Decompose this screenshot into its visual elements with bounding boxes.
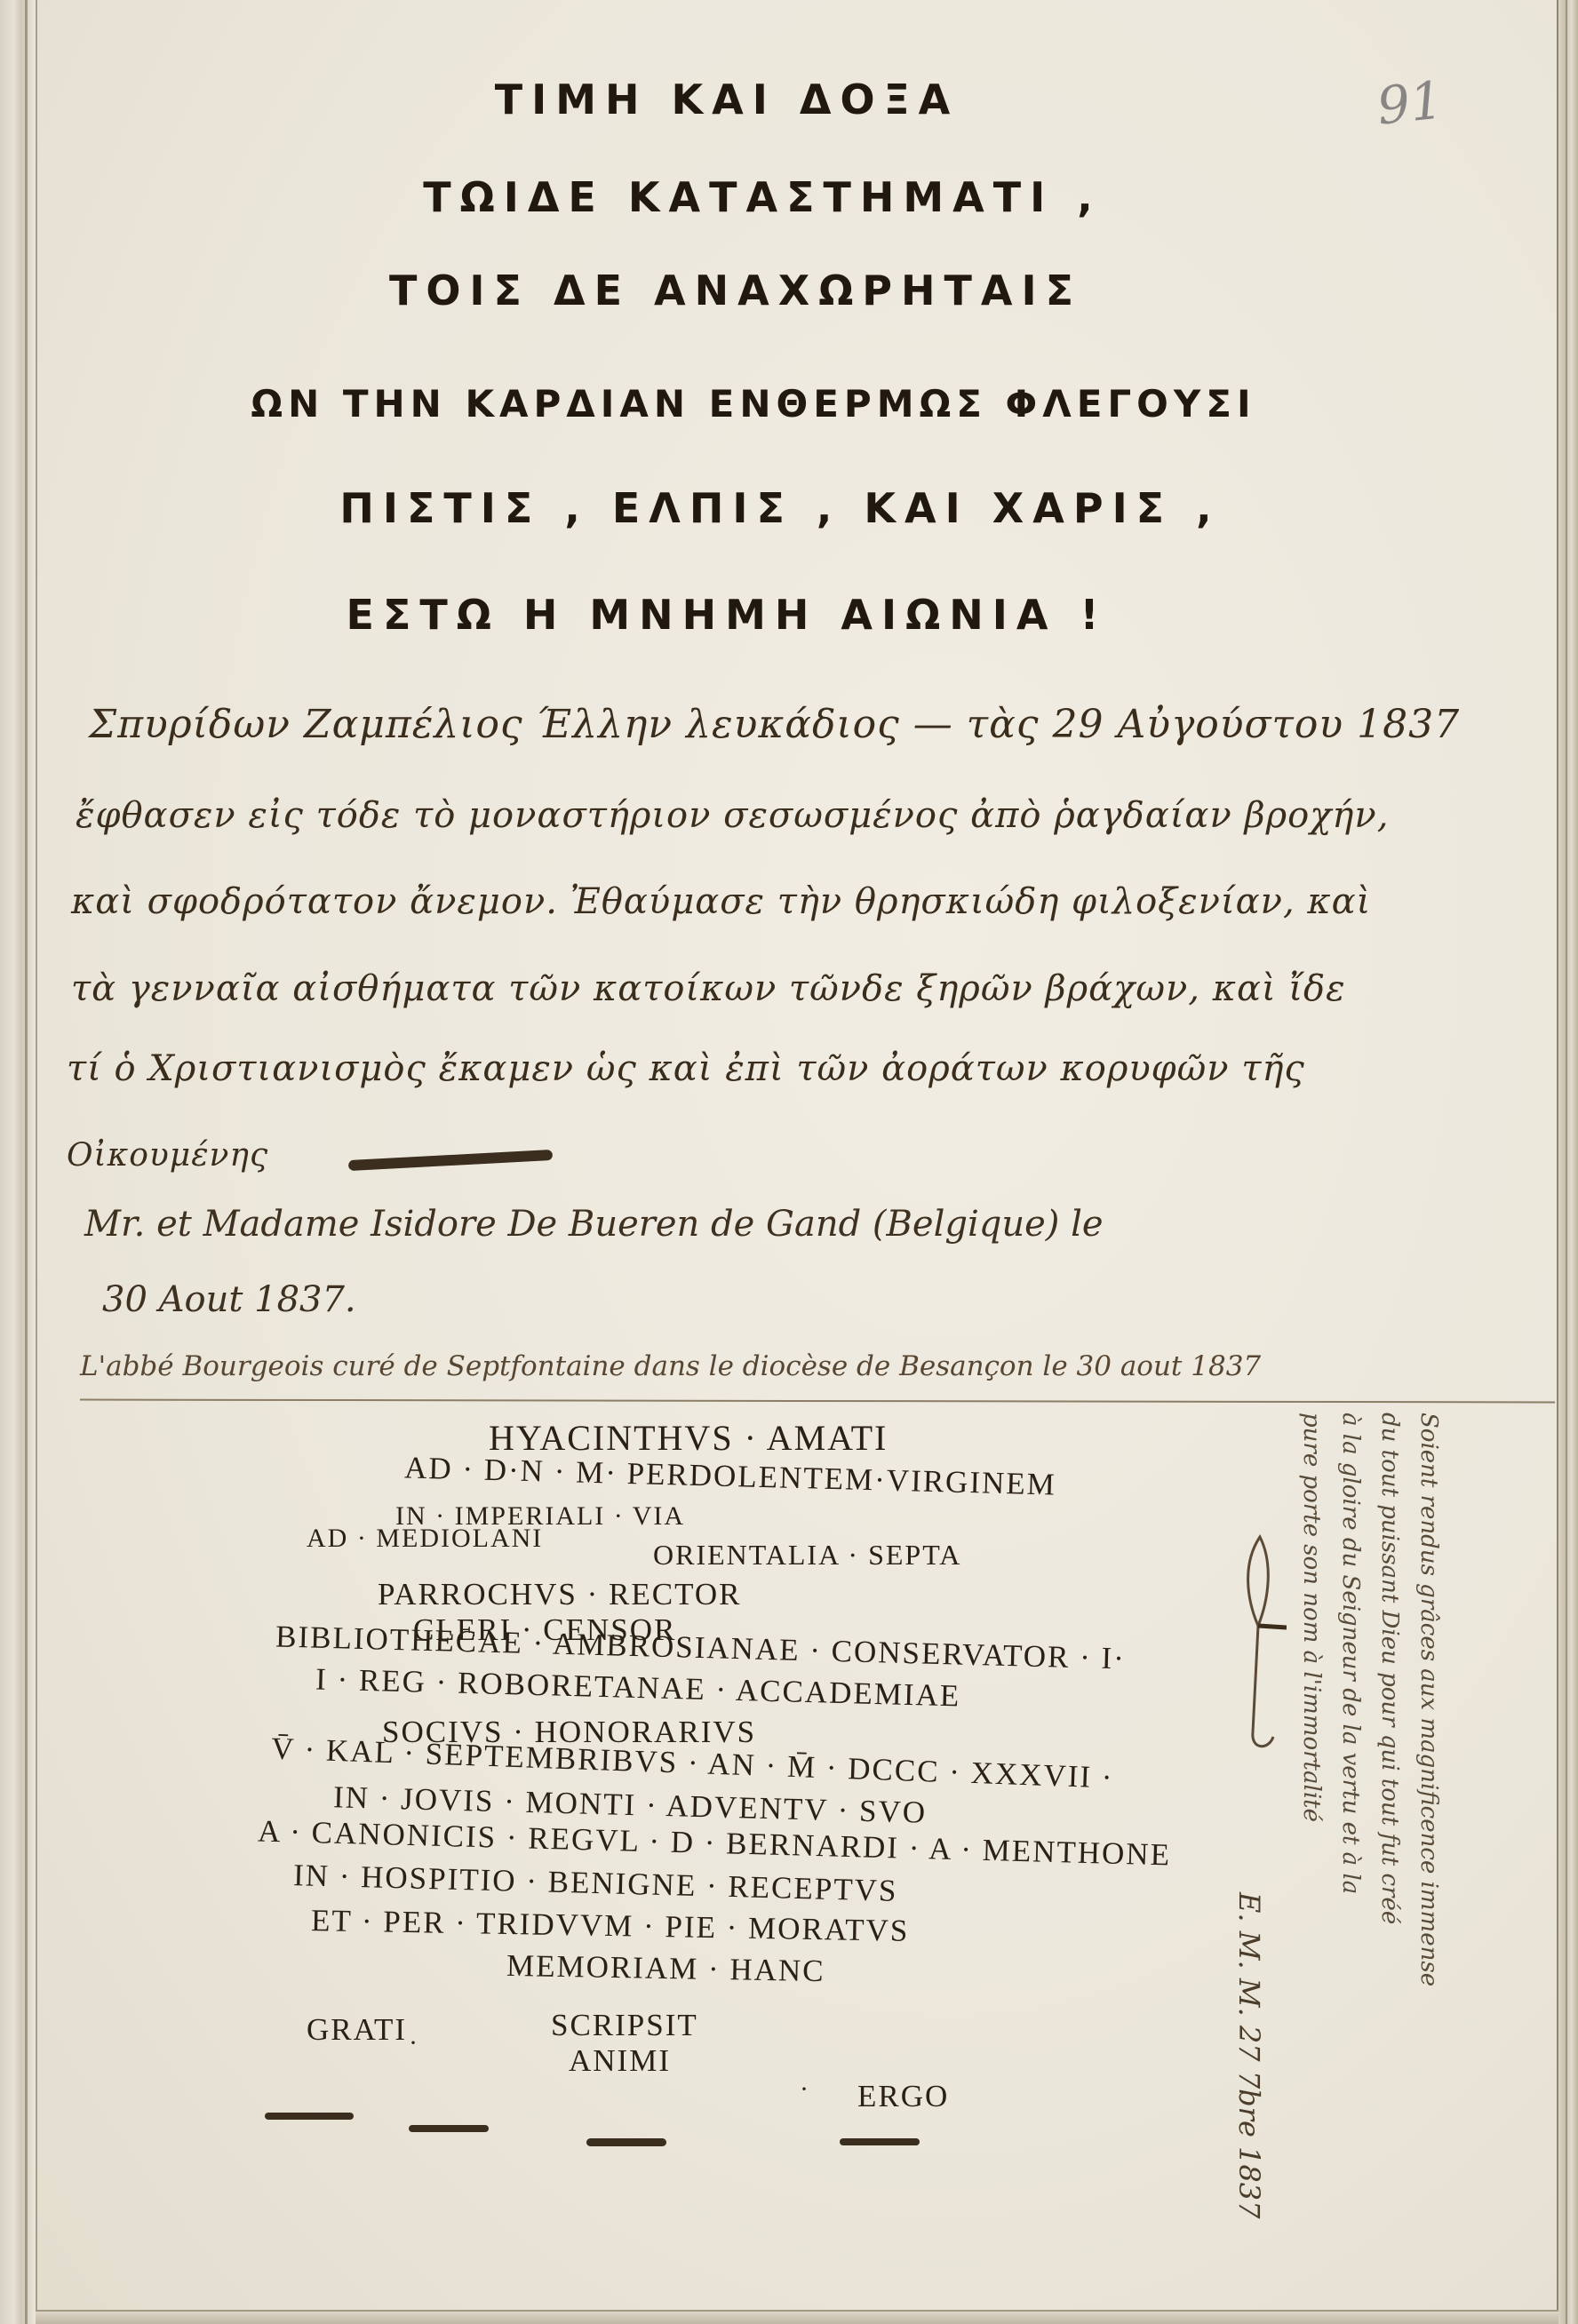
latin-sep-dot-1: · [409,2028,419,2058]
ink-flourish-icon [1233,1528,1287,1759]
greek-inscription-line-1: ΤΙΜΗ ΚΑΙ ΔΟΞΑ [0,76,1516,123]
latin-line-1: HYACINTHVS · AMATI [489,1417,888,1459]
latin-line-15: ET · PER · TRIDVVM · PIE · MORATVS [311,1903,910,1949]
vertical-margin-note: Soient rendus grâces aux magnificence im… [1315,1413,1448,2265]
latin-line-2: AD · D·N · M· PERDOLENTEM·VIRGINEM [404,1450,1057,1502]
latin-line-6: PARROCHVS · RECTOR [378,1577,741,1612]
latin-line-20: ERGO [857,2079,949,2114]
greek-inscription-line-4: ΩΝ ΤΗΝ ΚΑΡΔΙΑΝ ΕΝΘΕΡΜΩΣ ΦΛΕΓΟΥΣΙ [0,382,1542,426]
greek-entry-line-2: ἔφθασεν εἰς τόδε τὸ μοναστήριον σεσωσμέν… [76,795,1389,836]
manuscript-page: 91 ΤΙΜΗ ΚΑΙ ΔΟΞΑ ΤΩΙΔΕ ΚΑΤΑΣΤΗΜΑΤΙ , ΤΟΙ… [0,0,1578,2324]
margin-note-line-3: à la gloire du Seigneur de la vertu et à… [1331,1413,1370,2265]
ink-underline-grati [265,2113,354,2120]
latin-line-18: GRATI [307,2012,407,2048]
page-right-edge [1557,0,1578,2324]
greek-entry-line-4: τὰ γενναῖα αἰσθήματα τῶν κατοίκων τῶνδε … [71,968,1346,1009]
latin-line-19: ANIMI [569,2043,671,2079]
page-binding-gutter [0,0,37,2324]
greek-inscription-line-6: ΕΣΤΩ Η ΜΝΗΜΗ ΑΙΩΝΙΑ ! [0,591,1516,639]
ink-underline-animi [586,2138,666,2146]
latin-line-17: SCRIPSIT [551,2008,698,2043]
margin-note-line-1: Soient rendus grâces aux magnificence im… [1409,1413,1448,2265]
ink-underline-ergo [840,2138,920,2145]
latin-line-4: AD · MEDIOLANI [307,1524,543,1554]
greek-entry-line-6: Οἰκουμένης [67,1137,268,1174]
greek-entry-line-3: καὶ σφοδρότατον ἄνεμον. Ἐθαύμασε τὴν θρη… [71,881,1371,922]
french-entry-line-2: 30 Aout 1837. [102,1279,356,1320]
margin-note-line-4: pure porte son nom à l'immortalité [1292,1413,1331,2265]
page-bottom-edge [36,2310,1558,2324]
greek-inscription-line-2: ΤΩΙΔΕ ΚΑΤΑΣΤΗΜΑΤΙ , [0,173,1551,221]
horizontal-rule [80,1399,1555,1404]
greek-inscription-line-5: ΠΙΣΤΙΣ , ΕΛΠΙΣ , ΚΑΙ ΧΑΡΙΣ , [0,484,1569,532]
latin-sep-dot-2: · [800,2074,810,2105]
french-entry-line-1: Mr. et Madame Isidore De Bueren de Gand … [84,1204,1104,1245]
greek-entry-line-1: Σπυρίδων Ζαμπέλιος Έλλην λευκάδιος — τὰς… [89,702,1460,747]
latin-line-14: IN · HOSPITIO · BENIGNE · RECEPTVS [293,1858,898,1909]
gutter-crease [25,0,28,2324]
margin-note-line-2: du tout puissant Dieu pour qui tout fut … [1370,1413,1409,2265]
ink-dash-stroke [348,1150,553,1171]
latin-line-16: MEMORIAM · HANC [506,1948,825,1989]
ink-underline-left [409,2125,489,2132]
latin-line-5: ORIENTALIA · SEPTA [653,1539,961,1572]
margin-note-signature: E. M. M. 27 7bre 1837 [1232,1892,1266,2319]
greek-inscription-line-3: ΤΟΙΣ ΔΕ ΑΝΑΧΩΡΗΤΑΙΣ [0,267,1525,314]
abbe-entry: L'abbé Bourgeois curé de Septfontaine da… [80,1350,1261,1382]
greek-entry-line-5: τί ὁ Χριστιανισμὸς ἔκαμεν ὡς καὶ ἐπὶ τῶν… [67,1048,1305,1089]
